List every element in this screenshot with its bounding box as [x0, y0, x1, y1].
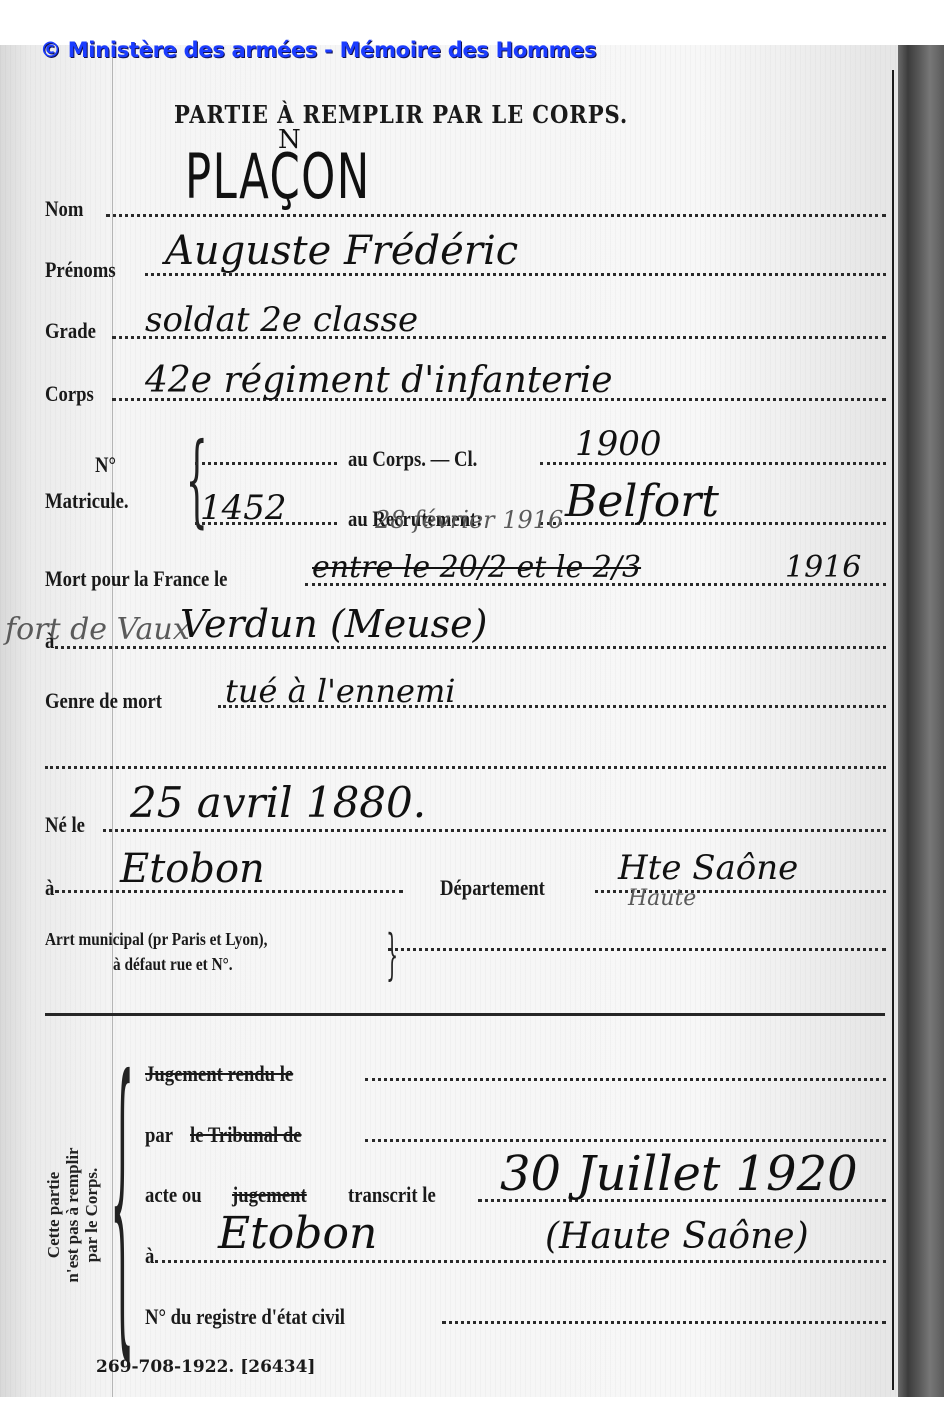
transcrit-a-label: à: [145, 1243, 154, 1269]
registre-line: [442, 1321, 886, 1324]
departement-label: Département: [440, 875, 545, 901]
arrondissement-label-1: Arrt municipal (pr Paris et Lyon),: [45, 929, 267, 950]
transcrit-prefix: acte ou: [145, 1182, 202, 1208]
transcrit-a-line: [155, 1260, 886, 1263]
arrondissement-label-2: à défaut rue et N°.: [113, 954, 233, 975]
side-note-line-3: par le Corps.: [82, 1080, 101, 1350]
copyright-watermark: © Ministère des armées - Mémoire des Hom…: [40, 38, 596, 62]
prenoms-value[interactable]: Auguste Frédéric: [165, 228, 518, 274]
ne-le-label: Né le: [45, 812, 85, 838]
ne-a-value[interactable]: Etobon: [120, 846, 265, 892]
corps-value[interactable]: 42e régiment d'infanterie: [145, 360, 613, 401]
side-note-line-2: n'est pas à remplir: [63, 1080, 82, 1350]
arrondissement-brace: }: [386, 928, 398, 982]
mort-value-struck[interactable]: entre le 20/2 et le 2/3: [312, 550, 641, 585]
section-divider: [45, 1013, 885, 1016]
registre-label: N° du registre d'état civil: [145, 1304, 345, 1330]
corps-label: Corps: [45, 381, 94, 407]
transcrit-value[interactable]: 30 Juillet 1920: [500, 1146, 858, 1202]
ne-a-label: à: [45, 875, 54, 901]
transcrit-suffix: transcrit le: [348, 1182, 436, 1208]
blank-line: [45, 766, 886, 769]
matricule-label-no: N°: [95, 452, 116, 478]
form-title: PARTIE À REMPLIR PAR LE CORPS.: [174, 100, 628, 129]
classe-value[interactable]: 1900: [575, 424, 662, 464]
nom-value[interactable]: PLAÇON: [185, 140, 371, 213]
nom-line: [106, 214, 886, 217]
au-corps-line: [195, 462, 337, 465]
genre-mort-value[interactable]: tué à l'ennemi: [225, 672, 456, 710]
ne-le-line: [103, 829, 886, 832]
grade-value[interactable]: soldat 2e classe: [145, 300, 418, 340]
side-note: Cette partie n'est pas à remplir par le …: [44, 1080, 101, 1350]
printer-mark: 269-708-1922. [26434]: [96, 1357, 315, 1377]
tribunal-label: le Tribunal de: [190, 1122, 302, 1148]
jugement-label: Jugement rendu le: [145, 1061, 293, 1087]
side-note-line-1: Cette partie: [44, 1080, 63, 1350]
lieu-label: à: [45, 628, 54, 654]
ne-le-value[interactable]: 25 avril 1880.: [130, 778, 426, 827]
lieu-margin-note[interactable]: fort de Vaux: [5, 612, 190, 647]
lower-brace: {: [110, 1040, 134, 1360]
tribunal-prefix: par: [145, 1122, 173, 1148]
mort-correction[interactable]: 28 février 1916: [375, 506, 563, 534]
matricule-label: Matricule.: [45, 488, 129, 514]
jugement-line: [365, 1078, 886, 1081]
matricule-value[interactable]: 1452: [200, 488, 287, 528]
transcrit-a-value[interactable]: Etobon: [218, 1208, 377, 1259]
departement-value[interactable]: Hte Saône: [618, 848, 798, 888]
mort-label: Mort pour la France le: [45, 566, 227, 592]
transcrit-struck: jugement: [232, 1182, 307, 1208]
nom-label: Nom: [45, 196, 83, 222]
au-corps-label: au Corps. — Cl.: [348, 446, 477, 472]
lieu-line: [55, 646, 886, 649]
lieu-value[interactable]: Verdun (Meuse): [180, 602, 487, 646]
binding-edge: [898, 45, 944, 1397]
grade-label: Grade: [45, 318, 96, 344]
arrondissement-line: [388, 948, 886, 951]
transcrit-a-value-2[interactable]: (Haute Saône): [545, 1216, 809, 1257]
recrutement-value[interactable]: Belfort: [565, 476, 719, 527]
tribunal-line: [365, 1139, 886, 1142]
page-border-line: [892, 70, 894, 1390]
genre-mort-label: Genre de mort: [45, 688, 162, 714]
departement-annotation[interactable]: Haute: [628, 886, 696, 911]
prenoms-label: Prénoms: [45, 257, 116, 283]
mort-value-year[interactable]: 1916: [785, 550, 861, 585]
